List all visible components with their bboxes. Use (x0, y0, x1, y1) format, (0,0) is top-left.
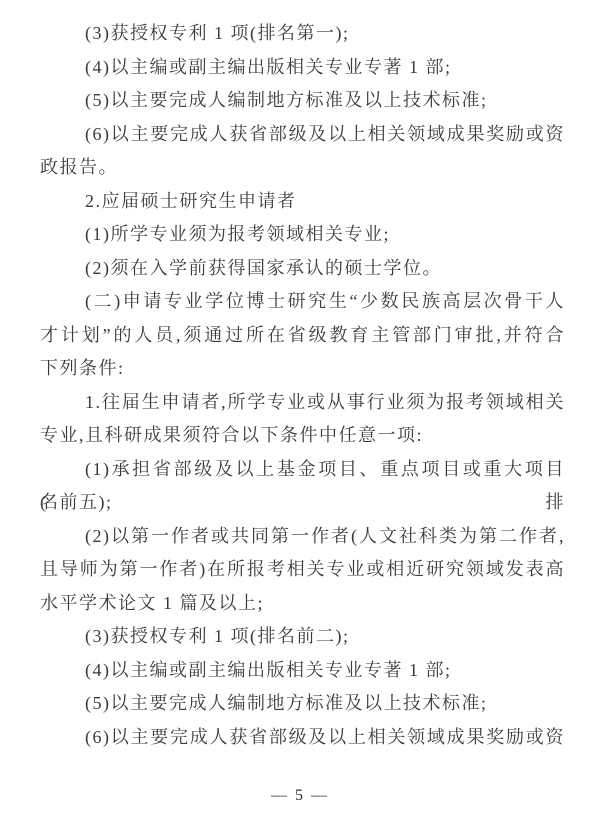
text-line: (6)以主要完成人获省部级及以上相关领域成果奖励或资 (40, 721, 565, 755)
text-line: (二)申请专业学位博士研究生“少数民族高层次骨干人 (40, 285, 565, 319)
text-line: (4)以主编或副主编出版相关专业专著 1 部; (40, 51, 565, 85)
text-line: 政报告。 (40, 151, 565, 185)
text-line: (3)获授权专利 1 项(排名第一); (40, 17, 565, 51)
document-body: (3)获授权专利 1 项(排名第一); (4)以主编或副主编出版相关专业专著 1… (40, 17, 565, 754)
page-number: — 5 — (0, 785, 600, 807)
text-line: (4)以主编或副主编出版相关专业专著 1 部; (40, 654, 565, 688)
text-line: 1.往届生申请者,所学专业或从事行业须为报考领域相关 (40, 386, 565, 420)
text-line: (5)以主要完成人编制地方标准及以上技术标准; (40, 84, 565, 118)
document-page: (3)获授权专利 1 项(排名第一); (4)以主编或副主编出版相关专业专著 1… (0, 0, 600, 825)
text-line: 专业,且科研成果须符合以下条件中任意一项: (40, 419, 565, 453)
text-line: 下列条件: (40, 352, 565, 386)
text-line: (2)以第一作者或共同第一作者(人文社科类为第二作者, (40, 520, 565, 554)
text-line: (1)承担省部级及以上基金项目、重点项目或重大项目(排 (40, 453, 565, 487)
text-line: (6)以主要完成人获省部级及以上相关领域成果奖励或资 (40, 118, 565, 152)
text-line: 且导师为第一作者)在所报考相关专业或相近研究领域发表高 (40, 553, 565, 587)
text-line: (5)以主要完成人编制地方标准及以上技术标准; (40, 687, 565, 721)
text-line: (3)获授权专利 1 项(排名前二); (40, 620, 565, 654)
text-line: (2)须在入学前获得国家承认的硕士学位。 (40, 252, 565, 286)
text-line: 水平学术论文 1 篇及以上; (40, 587, 565, 621)
text-line: (1)所学专业须为报考领域相关专业; (40, 218, 565, 252)
text-line: 2.应届硕士研究生申请者 (40, 185, 565, 219)
text-line: 才计划”的人员,须通过所在省级教育主管部门审批,并符合 (40, 319, 565, 353)
